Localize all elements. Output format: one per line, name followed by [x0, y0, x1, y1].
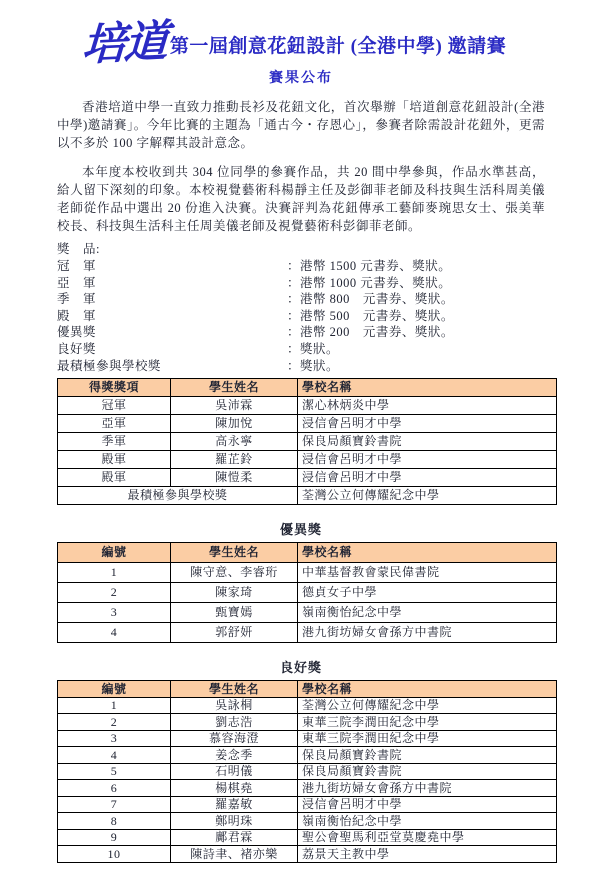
table-cell: 鄺君霖	[171, 829, 298, 846]
table-cell: 東華三院李潤田紀念中學	[298, 730, 557, 747]
most-active-school-award-label: 最積極參與學校獎	[58, 487, 298, 505]
document-header: 培道 第一屆創意花鈕設計 (全港中學) 邀請賽 賽果公布	[57, 22, 545, 87]
table-header-row: 編號 學生姓名 學校名稱	[58, 681, 557, 698]
table-cell: ：港幣 500 元書券、獎狀。	[287, 308, 454, 325]
table-cell: 季軍	[58, 433, 171, 451]
merit-award-table: 編號 學生姓名 學校名稱 1陳守意、李睿珩中華基督教會蒙民偉書院2陳家琦德貞女子…	[57, 542, 557, 643]
table-cell: 劉志浩	[171, 714, 298, 731]
column-header-number: 編號	[58, 681, 171, 698]
table-cell: 冠軍	[58, 397, 171, 415]
table-row: 季軍高永寧保良局顏寶鈴書院	[58, 433, 557, 451]
table-cell: 嶺南衡怡紀念中學	[298, 813, 557, 830]
table-row: 殿 軍：港幣 500 元書券、獎狀。	[57, 308, 454, 325]
page-title: 第一屆創意花鈕設計 (全港中學) 邀請賽	[170, 31, 506, 58]
table-cell: 姜念季	[171, 747, 298, 764]
document-page: 培道 第一屆創意花鈕設計 (全港中學) 邀請賽 賽果公布 香港培道中學一直致力推…	[0, 0, 602, 883]
table-row: 9鄺君霖聖公會聖馬利亞堂莫慶堯中學	[58, 829, 557, 846]
column-header-school: 學校名稱	[298, 543, 557, 563]
table-cell: 鄭明珠	[171, 813, 298, 830]
table-cell: 甄寶嫣	[171, 603, 298, 623]
table-cell: 亞軍	[58, 415, 171, 433]
section-title-good: 良好獎	[57, 657, 545, 676]
table-cell: 7	[58, 796, 171, 813]
prize-list: 獎 品: 冠 軍：港幣 1500 元書券、獎狀。亞 軍：港幣 1000 元書券、…	[57, 241, 545, 374]
prize-table: 冠 軍：港幣 1500 元書券、獎狀。亞 軍：港幣 1000 元書券、獎狀。季 …	[57, 258, 454, 374]
table-row: 5石明儀保良局顏寶鈴書院	[58, 763, 557, 780]
table-cell: 殿軍	[58, 451, 171, 469]
column-header-student: 學生姓名	[171, 379, 298, 397]
table-cell: 5	[58, 763, 171, 780]
table-cell: 1	[58, 563, 171, 583]
table-cell: 楊棋堯	[171, 780, 298, 797]
table-cell: 羅芷鈴	[171, 451, 298, 469]
table-row: 冠 軍：港幣 1500 元書券、獎狀。	[57, 258, 454, 275]
table-cell: 殿 軍	[57, 308, 287, 325]
table-row: 1吳詠桐荃灣公立何傳耀紀念中學	[58, 697, 557, 714]
winners-table-head: 得獎獎項 學生姓名 學校名稱	[58, 379, 557, 397]
column-header-student: 學生姓名	[171, 543, 298, 563]
table-cell: 聖公會聖馬利亞堂莫慶堯中學	[298, 829, 557, 846]
table-row: 1陳守意、李睿珩中華基督教會蒙民偉書院	[58, 563, 557, 583]
table-row: 4郭舒妍港九街坊婦女會孫方中書院	[58, 623, 557, 643]
table-row: 7羅嘉敏浸信會呂明才中學	[58, 796, 557, 813]
table-row: 3甄寶嫣嶺南衡怡紀念中學	[58, 603, 557, 623]
merit-table-head: 編號 學生姓名 學校名稱	[58, 543, 557, 563]
table-cell: 港九街坊婦女會孫方中書院	[298, 780, 557, 797]
table-cell: 嶺南衡怡紀念中學	[298, 603, 557, 623]
table-row: 優異獎：港幣 200 元書券、獎狀。	[57, 324, 454, 341]
table-cell: 德貞女子中學	[298, 583, 557, 603]
good-award-table: 編號 學生姓名 學校名稱 1吳詠桐荃灣公立何傳耀紀念中學2劉志浩東華三院李潤田紀…	[57, 680, 557, 863]
table-cell: 3	[58, 603, 171, 623]
table-row: 冠軍吳沛霖潔心林炳炎中學	[58, 397, 557, 415]
table-cell: 8	[58, 813, 171, 830]
table-cell: 最積極參與學校獎	[57, 358, 287, 375]
table-cell: ：港幣 1000 元書券、獎狀。	[287, 275, 454, 292]
table-cell: 荃灣公立何傳耀紀念中學	[298, 697, 557, 714]
table-row: 2陳家琦德貞女子中學	[58, 583, 557, 603]
table-cell: 陳愷柔	[171, 469, 298, 487]
table-cell: 保良局顏寶鈴書院	[298, 763, 557, 780]
table-cell: 中華基督教會蒙民偉書院	[298, 563, 557, 583]
winners-table-body: 冠軍吳沛霖潔心林炳炎中學亞軍陳加悅浸信會呂明才中學季軍高永寧保良局顏寶鈴書院殿軍…	[58, 397, 557, 487]
table-cell: 2	[58, 583, 171, 603]
school-logo-calligraphy: 培道	[81, 20, 168, 68]
column-header-award: 得獎獎項	[58, 379, 171, 397]
section-title-merit: 優異獎	[57, 519, 545, 538]
column-header-number: 編號	[58, 543, 171, 563]
table-cell: 2	[58, 714, 171, 731]
intro-paragraph: 香港培道中學一直致力推動長衫及花鈕文化，首次舉辦「培道創意花鈕設計(全港中學)邀…	[57, 98, 545, 152]
table-cell: 吳沛霖	[171, 397, 298, 415]
table-cell: 優異獎	[57, 324, 287, 341]
table-cell: ：港幣 1500 元書券、獎狀。	[287, 258, 454, 275]
table-cell: 保良局顏寶鈴書院	[298, 747, 557, 764]
table-cell: 4	[58, 623, 171, 643]
table-row: 季 軍：港幣 800 元書券、獎狀。	[57, 291, 454, 308]
table-cell: ：獎狀。	[287, 358, 454, 375]
table-row: 8鄭明珠嶺南衡怡紀念中學	[58, 813, 557, 830]
table-cell: ：港幣 800 元書券、獎狀。	[287, 291, 454, 308]
merit-table-body: 1陳守意、李睿珩中華基督教會蒙民偉書院2陳家琦德貞女子中學3甄寶嫣嶺南衡怡紀念中…	[58, 563, 557, 643]
table-cell: 季 軍	[57, 291, 287, 308]
table-cell: 亞 軍	[57, 275, 287, 292]
table-header-row: 編號 學生姓名 學校名稱	[58, 543, 557, 563]
table-row: 殿軍陳愷柔浸信會呂明才中學	[58, 469, 557, 487]
table-cell: 浸信會呂明才中學	[298, 415, 557, 433]
table-row: 10陳詩聿、褚亦樂荔景天主教中學	[58, 846, 557, 863]
table-cell: 陳加悅	[171, 415, 298, 433]
table-cell: 陳詩聿、褚亦樂	[171, 846, 298, 863]
table-cell: 良好獎	[57, 341, 287, 358]
table-cell: 保良局顏寶鈴書院	[298, 433, 557, 451]
table-cell: ：獎狀。	[287, 341, 454, 358]
table-cell: 6	[58, 780, 171, 797]
table-cell: 殿軍	[58, 469, 171, 487]
table-cell: ：港幣 200 元書券、獎狀。	[287, 324, 454, 341]
column-header-school: 學校名稱	[298, 681, 557, 698]
table-row: 殿軍羅芷鈴浸信會呂明才中學	[58, 451, 557, 469]
winners-table: 得獎獎項 學生姓名 學校名稱 冠軍吳沛霖潔心林炳炎中學亞軍陳加悅浸信會呂明才中學…	[57, 378, 557, 505]
table-cell: 陳家琦	[171, 583, 298, 603]
table-cell: 荔景天主教中學	[298, 846, 557, 863]
table-cell: 慕容海澄	[171, 730, 298, 747]
table-cell: 吳詠桐	[171, 697, 298, 714]
prize-list-heading: 獎 品:	[57, 241, 545, 258]
page-subtitle: 賽果公布	[57, 67, 545, 87]
good-table-body: 1吳詠桐荃灣公立何傳耀紀念中學2劉志浩東華三院李潤田紀念中學3慕容海澄東華三院李…	[58, 697, 557, 862]
table-cell: 浸信會呂明才中學	[298, 796, 557, 813]
table-cell: 陳守意、李睿珩	[171, 563, 298, 583]
table-cell: 東華三院李潤田紀念中學	[298, 714, 557, 731]
table-row: 6楊棋堯港九街坊婦女會孫方中書院	[58, 780, 557, 797]
results-paragraph: 本年度本校收到共 304 位同學的參賽作品，共 20 間中學參與，作品水準甚高，…	[57, 163, 545, 235]
table-cell: 浸信會呂明才中學	[298, 469, 557, 487]
table-cell: 羅嘉敏	[171, 796, 298, 813]
column-header-student: 學生姓名	[171, 681, 298, 698]
table-cell: 港九街坊婦女會孫方中書院	[298, 623, 557, 643]
table-cell: 高永寧	[171, 433, 298, 451]
table-row: 亞軍陳加悅浸信會呂明才中學	[58, 415, 557, 433]
good-table-head: 編號 學生姓名 學校名稱	[58, 681, 557, 698]
good-table-wrap: 編號 學生姓名 學校名稱 1吳詠桐荃灣公立何傳耀紀念中學2劉志浩東華三院李潤田紀…	[57, 680, 545, 863]
table-cell: 浸信會呂明才中學	[298, 451, 557, 469]
table-row: 亞 軍：港幣 1000 元書券、獎狀。	[57, 275, 454, 292]
merit-table-wrap: 編號 學生姓名 學校名稱 1陳守意、李睿珩中華基督教會蒙民偉書院2陳家琦德貞女子…	[57, 542, 545, 643]
table-cell: 9	[58, 829, 171, 846]
prize-table-body: 冠 軍：港幣 1500 元書券、獎狀。亞 軍：港幣 1000 元書券、獎狀。季 …	[57, 258, 454, 374]
table-row: 最積極參與學校獎：獎狀。	[57, 358, 454, 375]
table-row: 3慕容海澄東華三院李潤田紀念中學	[58, 730, 557, 747]
table-cell: 潔心林炳炎中學	[298, 397, 557, 415]
table-cell: 石明儀	[171, 763, 298, 780]
most-active-school-name: 荃灣公立何傳耀紀念中學	[298, 487, 557, 505]
table-row-most-active-school: 最積極參與學校獎 荃灣公立何傳耀紀念中學	[58, 487, 557, 505]
table-row: 2劉志浩東華三院李潤田紀念中學	[58, 714, 557, 731]
winners-table-wrap: 得獎獎項 學生姓名 學校名稱 冠軍吳沛霖潔心林炳炎中學亞軍陳加悅浸信會呂明才中學…	[57, 378, 545, 505]
column-header-school: 學校名稱	[298, 379, 557, 397]
table-cell: 冠 軍	[57, 258, 287, 275]
table-header-row: 得獎獎項 學生姓名 學校名稱	[58, 379, 557, 397]
table-cell: 4	[58, 747, 171, 764]
table-cell: 3	[58, 730, 171, 747]
table-row: 4姜念季保良局顏寶鈴書院	[58, 747, 557, 764]
table-row: 良好獎：獎狀。	[57, 341, 454, 358]
table-cell: 10	[58, 846, 171, 863]
title-row: 培道 第一屆創意花鈕設計 (全港中學) 邀請賽	[43, 22, 545, 66]
table-cell: 1	[58, 697, 171, 714]
table-cell: 郭舒妍	[171, 623, 298, 643]
winners-table-merged: 最積極參與學校獎 荃灣公立何傳耀紀念中學	[58, 487, 557, 505]
